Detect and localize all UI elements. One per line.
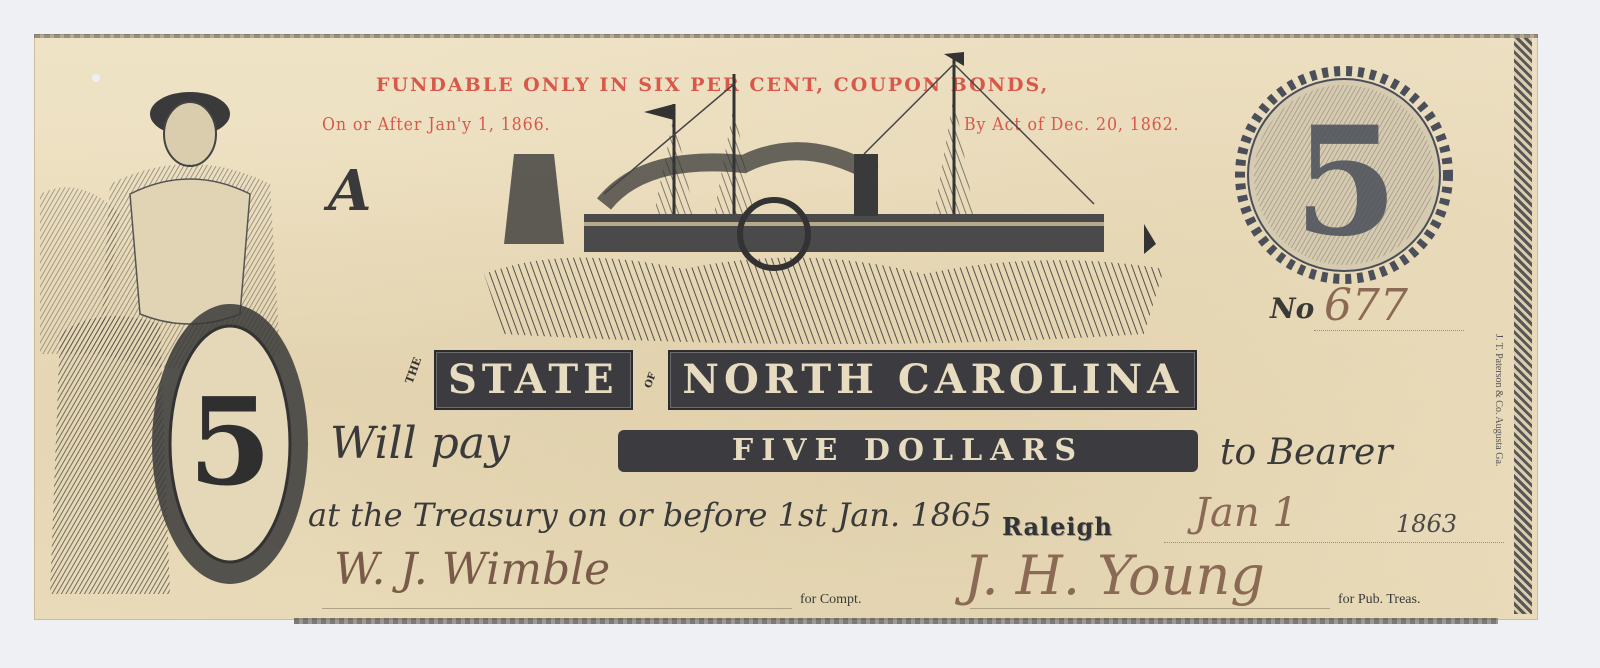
city-name: Raleigh [1002, 512, 1113, 541]
treasury-line: at the Treasury on or before 1st Jan. 18… [308, 496, 992, 534]
denomination-banner: FIVE DOLLARS [618, 430, 1198, 472]
printer-imprint: J. T. Paterson & Co. Augusta Ga. [1493, 334, 1504, 466]
will-pay-text: Will pay [330, 418, 510, 469]
top-border [34, 34, 1538, 38]
label-comptroller: for Compt. [800, 592, 861, 608]
label-treasurer: for Pub. Treas. [1338, 592, 1420, 608]
signature-comptroller: W. J. Wimble [334, 544, 610, 595]
right-border [1514, 38, 1532, 614]
svg-text:5: 5 [1294, 94, 1398, 270]
signature-line-left [322, 608, 792, 609]
signature-line-right [970, 608, 1330, 609]
serial-number: 677 [1324, 280, 1408, 331]
banknote: FUNDABLE ONLY IN SIX PER CENT, COUPON BO… [34, 34, 1538, 620]
plate-letter: A [328, 158, 371, 224]
signature-treasurer: J. H. Young [964, 544, 1265, 607]
serial-label: No [1270, 292, 1314, 325]
title-north-carolina: NORTH CAROLINA [668, 350, 1197, 410]
date-line [1164, 542, 1504, 543]
serial-line [1314, 330, 1464, 331]
bottom-border [294, 618, 1498, 624]
title-of: OF [643, 371, 659, 390]
svg-text:5: 5 [188, 372, 272, 513]
title-state: STATE [434, 350, 633, 410]
allegorical-figure-vignette: 5 [40, 54, 310, 614]
state-title: THE STATE OF NORTH CAROLINA [434, 350, 1354, 410]
denomination-seal: 5 [1234, 66, 1454, 284]
handwritten-date: Jan 1 [1194, 490, 1298, 536]
to-bearer-text: to Bearer [1220, 432, 1393, 473]
steamship-vignette [444, 44, 1184, 344]
issue-year: 1863 [1396, 510, 1457, 538]
title-the: THE [403, 356, 424, 386]
